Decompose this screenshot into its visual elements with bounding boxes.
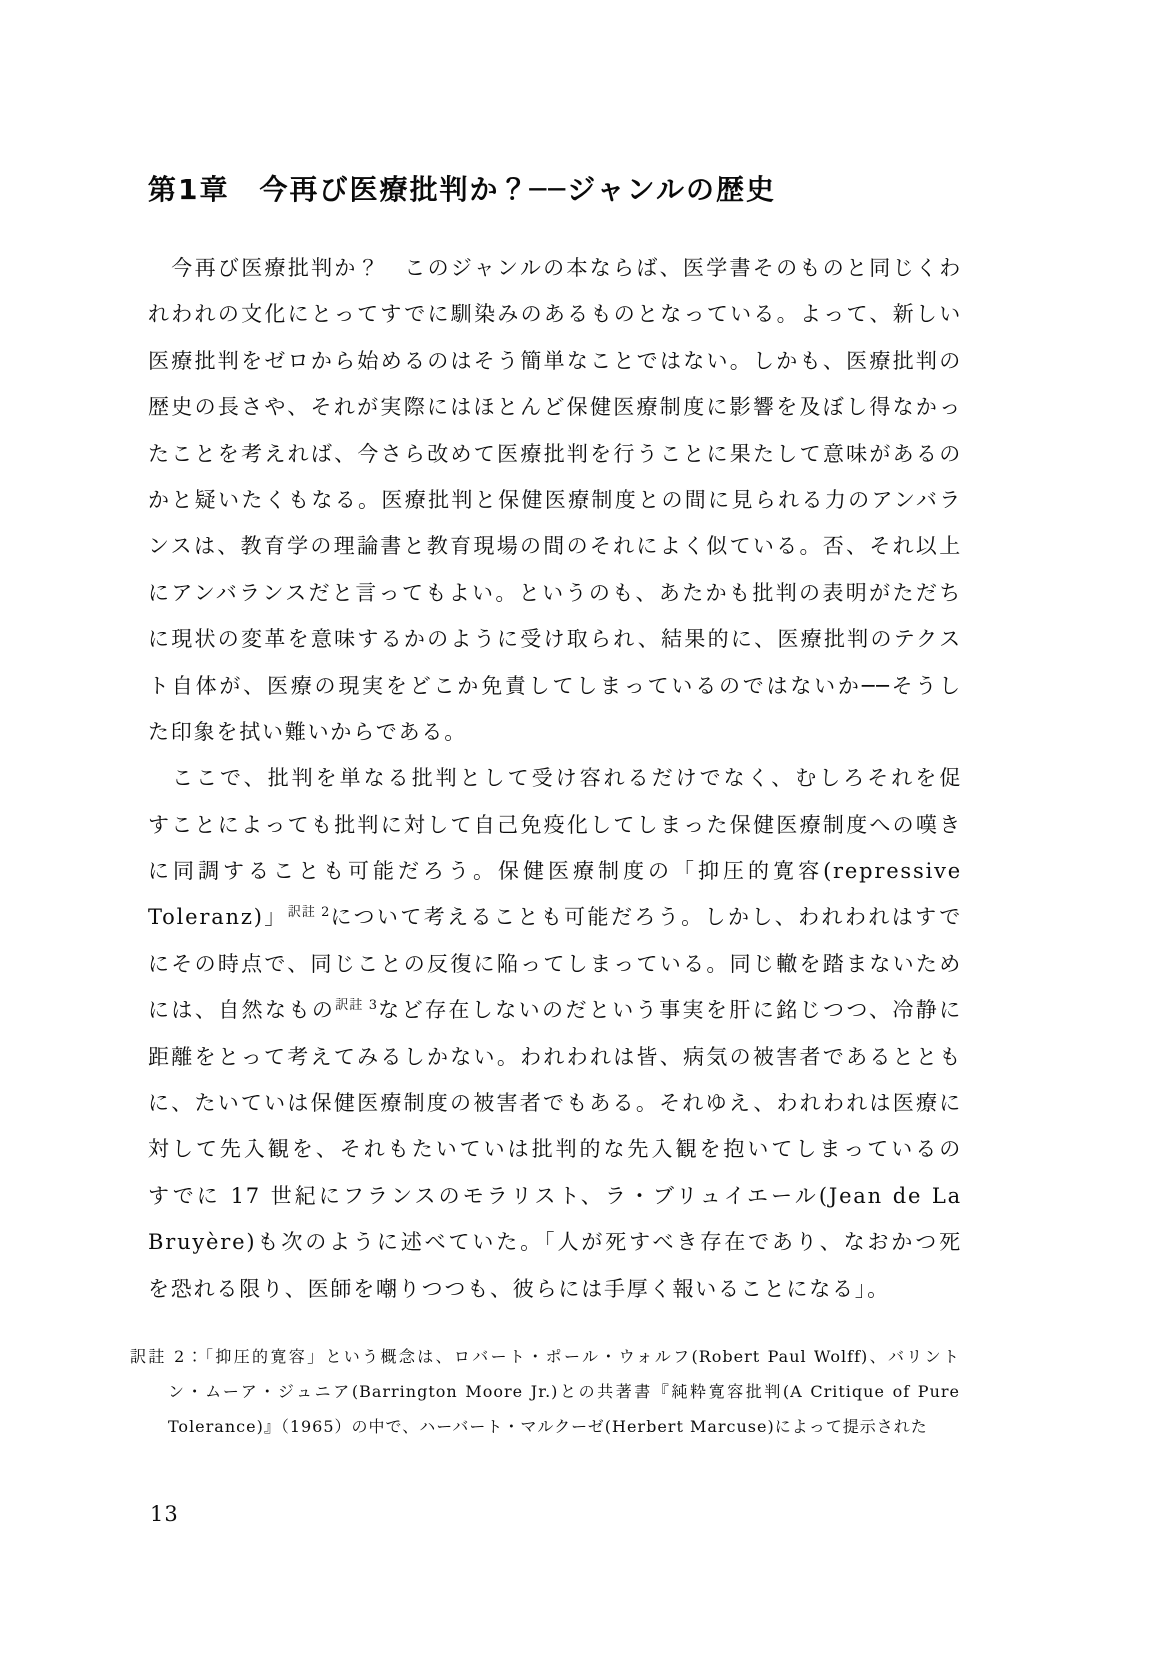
body-line-text: にその時点で、同じことの反復に陥ってしまっている。同じ轍を踏まないため <box>148 952 962 976</box>
body-line-text: に現状の変革を意味するかのように受け取られ、結果的に、医療批判のテクス <box>148 627 962 651</box>
body-line: に現状の変革を意味するかのように受け取られ、結果的に、医療批判のテクス <box>148 616 962 662</box>
body-line: 医療批判をゼロから始めるのはそう簡単なことではない。しかも、医療批判の <box>148 338 962 384</box>
body-line: Bruyère)も次のように述べていた。「人が死すべき存在であり、なおかつ死 <box>148 1219 962 1265</box>
body-line: たことを考えれば、今さら改めて医療批判を行うことに果たして意味があるの <box>148 431 962 477</box>
body-line: ここで、批判を単なる批判として受け容れるだけでなく、むしろそれを促 <box>148 755 962 801</box>
body-line: 歴史の長さや、それが実際にはほとんど保健医療制度に影響を及ぼし得なかっ <box>148 384 962 430</box>
body-line-text: ここで、批判を単なる批判として受け容れるだけでなく、むしろそれを促 <box>148 766 962 790</box>
body-line-text: ンスは、教育学の理論書と教育現場の間のそれによく似ている。否、それ以上 <box>148 534 962 558</box>
body-line: には、自然なもの訳註 3など存在しないのだという事実を肝に銘じつつ、冷静に <box>148 987 962 1033</box>
body-line: 距離をとって考えてみるしかない。われわれは皆、病気の被害者であるととも <box>148 1034 962 1080</box>
body-line-text: 歴史の長さや、それが実際にはほとんど保健医療制度に影響を及ぼし得なかっ <box>148 395 962 419</box>
footnote-line: Tolerance)』（1965）の中で、ハーバート・マルクーゼ(Herbert… <box>130 1409 960 1444</box>
body-line: た印象を拭い難いからである。 <box>148 709 962 755</box>
body-line-text: に同調することも可能だろう。保健医療制度の「抑圧的寛容(repressive <box>148 859 962 883</box>
page-number: 13 <box>150 1502 179 1526</box>
document-page: 第1章 今再び医療批判か？──ジャンルの歴史 今再び医療批判か？ このジャンルの… <box>0 0 1166 1654</box>
body-line: にその時点で、同じことの反復に陥ってしまっている。同じ轍を踏まないため <box>148 941 962 987</box>
chapter-title: 第1章 今再び医療批判か？──ジャンルの歴史 <box>148 171 1048 209</box>
footnote-reference: 訳註 3 <box>335 998 377 1013</box>
body-line-text: れわれの文化にとってすでに馴染みのあるものとなっている。よって、新しい <box>148 302 962 326</box>
body-line-text: Bruyère)も次のように述べていた。「人が死すべき存在であり、なおかつ死 <box>148 1230 962 1254</box>
body-line-text: に、たいていは保健医療制度の被害者でもある。それゆえ、われわれは医療に <box>148 1091 962 1115</box>
body-line: すことによっても批判に対して自己免疫化してしまった保健医療制度への嘆き <box>148 802 962 848</box>
body-line: に同調することも可能だろう。保健医療制度の「抑圧的寛容(repressive <box>148 848 962 894</box>
body-line-text: た印象を拭い難いからである。 <box>148 720 467 744</box>
body-line: れわれの文化にとってすでに馴染みのあるものとなっている。よって、新しい <box>148 291 962 337</box>
body-line: かと疑いたくもなる。医療批判と保健医療制度との間に見られる力のアンバラ <box>148 477 962 523</box>
body-line-text: かと疑いたくもなる。医療批判と保健医療制度との間に見られる力のアンバラ <box>148 488 962 512</box>
footnote-line: ン・ムーア・ジュニア(Barrington Moore Jr.)との共著書『純粋… <box>130 1374 960 1409</box>
body-line-text: にアンバランスだと言ってもよい。というのも、あたかも批判の表明がただち <box>148 581 962 605</box>
body-line: 対して先入観を、それもたいていは批判的な先入観を抱いてしまっているのだ。 <box>148 1126 962 1172</box>
body-line-text: すでに 17 世紀にフランスのモラリスト、ラ・ブリュイエール(Jean de L… <box>148 1184 962 1208</box>
body-line: ンスは、教育学の理論書と教育現場の間のそれによく似ている。否、それ以上 <box>148 523 962 569</box>
body-line: すでに 17 世紀にフランスのモラリスト、ラ・ブリュイエール(Jean de L… <box>148 1173 962 1219</box>
footnote-reference: 訳註 2 <box>288 905 330 920</box>
body-line-text: について考えることも可能だろう。しかし、われわれはすで <box>330 905 962 929</box>
body-line: 今再び医療批判か？ このジャンルの本ならば、医学書そのものと同じくわ <box>148 245 962 291</box>
footnote-line: 訳註 2：「抑圧的寛容」という概念は、ロバート・ポール・ウォルフ(Robert … <box>130 1339 960 1374</box>
body-line: に、たいていは保健医療制度の被害者でもある。それゆえ、われわれは医療に <box>148 1080 962 1126</box>
body-line: ト自体が、医療の現実をどこか免責してしまっているのではないか──そうし <box>148 663 962 709</box>
body-line-text: 距離をとって考えてみるしかない。われわれは皆、病気の被害者であるととも <box>148 1045 962 1069</box>
body-line: を恐れる限り、医師を嘲りつつも、彼らには手厚く報いることになる」。 <box>148 1266 962 1312</box>
footnote: 訳註 2：「抑圧的寛容」という概念は、ロバート・ポール・ウォルフ(Robert … <box>130 1339 960 1444</box>
body-line-text: Toleranz)」 <box>148 905 288 929</box>
body-line-text: 今再び医療批判か？ このジャンルの本ならば、医学書そのものと同じくわ <box>148 256 962 280</box>
body-line-text: など存在しないのだという事実を肝に銘じつつ、冷静に <box>378 998 962 1022</box>
body-text: 今再び医療批判か？ このジャンルの本ならば、医学書そのものと同じくわれわれの文化… <box>148 245 962 1312</box>
body-line-text: 対して先入観を、それもたいていは批判的な先入観を抱いてしまっているのだ。 <box>148 1137 962 1172</box>
body-line-text: には、自然なもの <box>148 998 335 1022</box>
body-line-text: を恐れる限り、医師を嘲りつつも、彼らには手厚く報いることになる」。 <box>148 1277 890 1301</box>
body-line-text: 医療批判をゼロから始めるのはそう簡単なことではない。しかも、医療批判の <box>148 349 962 373</box>
body-line: にアンバランスだと言ってもよい。というのも、あたかも批判の表明がただち <box>148 570 962 616</box>
body-line: Toleranz)」訳註 2について考えることも可能だろう。しかし、われわれはす… <box>148 894 962 940</box>
body-line-text: ト自体が、医療の現実をどこか免責してしまっているのではないか──そうし <box>148 674 962 698</box>
body-line-text: すことによっても批判に対して自己免疫化してしまった保健医療制度への嘆き <box>148 813 962 837</box>
body-line-text: たことを考えれば、今さら改めて医療批判を行うことに果たして意味があるの <box>148 442 962 466</box>
